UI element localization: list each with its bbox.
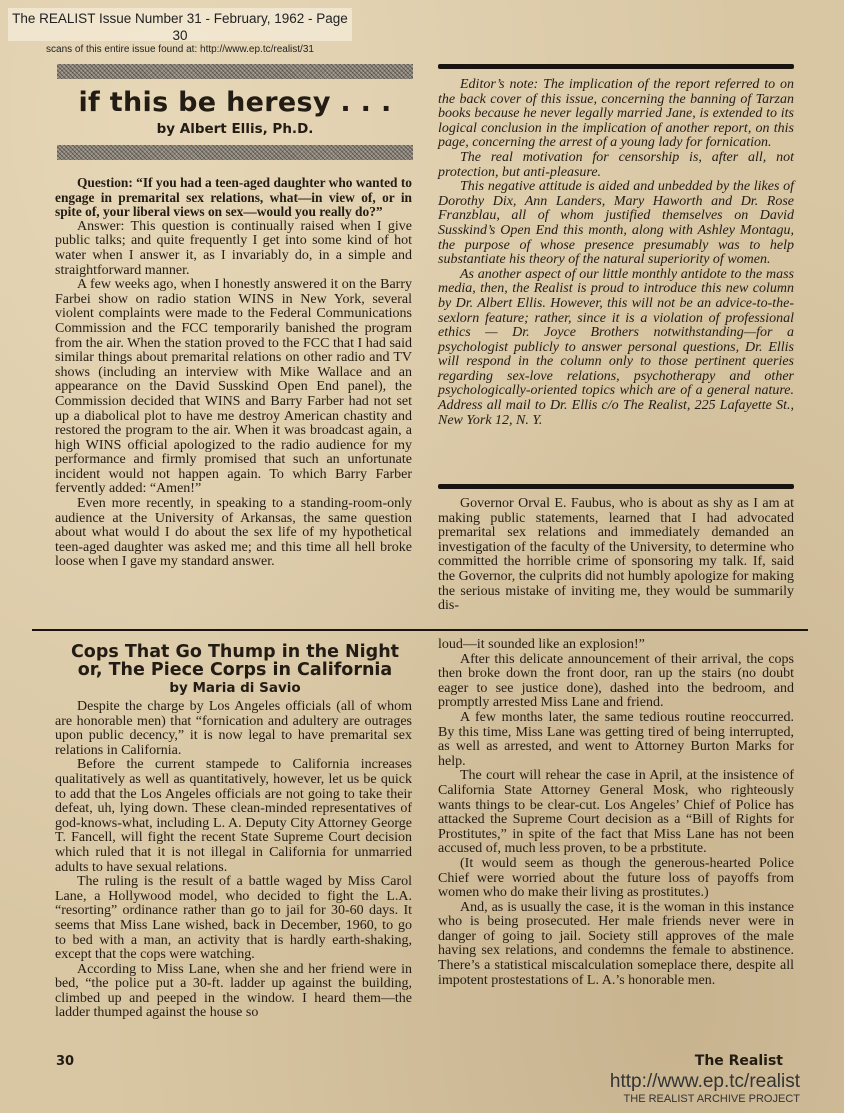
article2-title: Cops That Go Thump in the Night or, The … xyxy=(40,643,430,679)
article2-paragraph: The court will rehear the case in April,… xyxy=(438,769,794,857)
article2-byline: by Maria di Savio xyxy=(40,680,430,696)
article1-body: Question: “If you had a teen-aged daught… xyxy=(55,176,412,570)
article2-paragraph: (It would seem as though the generous-he… xyxy=(438,857,794,901)
issue-title: The REALIST Issue Number 31 - February, … xyxy=(8,8,352,44)
editors-note: Editor’s note: The implication of the re… xyxy=(438,78,794,428)
article2-title-line2: or, The Piece Corps in California xyxy=(40,661,430,679)
section-divider xyxy=(32,629,808,631)
article1-continuation: Governor Orval E. Faubus, who is about a… xyxy=(438,497,794,614)
editors-note-paragraph: As another aspect of our little monthly … xyxy=(438,268,794,429)
article2-paragraph: And, as is usually the case, it is the w… xyxy=(438,901,794,989)
article2-paragraph: Before the current stampede to Californi… xyxy=(55,758,412,875)
article2-title-line1: Cops That Go Thump in the Night xyxy=(40,643,430,661)
editors-note-paragraph: This negative attitude is aided and unbe… xyxy=(438,180,794,268)
article2-paragraph: A few months later, the same tedious rou… xyxy=(438,711,794,769)
article2-paragraph: The ruling is the result of a battle wag… xyxy=(55,875,412,963)
archive-link[interactable]: http://www.ep.tc/realist xyxy=(610,1071,800,1093)
article1-paragraph: Answer: This question is continually rai… xyxy=(55,220,412,278)
editors-note-paragraph: Editor’s note: The implication of the re… xyxy=(438,78,794,151)
article1-paragraph: Governor Orval E. Faubus, who is about a… xyxy=(438,497,794,614)
article1-paragraph: A few weeks ago, when I honestly answere… xyxy=(55,278,412,497)
article1-title: if this be heresy . . . xyxy=(40,87,430,118)
editors-note-paragraph: The real motivation for censorship is, a… xyxy=(438,151,794,180)
scan-banner: The REALIST Issue Number 31 - February, … xyxy=(8,8,352,41)
article2-paragraph: After this delicate announcement of thei… xyxy=(438,653,794,711)
article2-paragraph: Despite the charge by Los Angeles offici… xyxy=(55,700,412,758)
article1-byline: by Albert Ellis, Ph.D. xyxy=(40,121,430,137)
issue-source-link[interactable]: scans of this entire issue found at: htt… xyxy=(8,44,352,56)
page-number: 30 xyxy=(56,1054,74,1069)
halftone-bar-bottom xyxy=(57,145,413,160)
article1-question: Question: “If you had a teen-aged daught… xyxy=(55,176,412,220)
article2-paragraph: According to Miss Lane, when she and her… xyxy=(55,963,412,1021)
article1-paragraph: Even more recently, in speaking to a sta… xyxy=(55,497,412,570)
masthead: The Realist xyxy=(695,1053,783,1069)
archive-project-name: THE REALIST ARCHIVE PROJECT xyxy=(624,1093,800,1105)
halftone-bar-top xyxy=(57,64,413,79)
article2-right-column: loud—it sounded like an explosion!” Afte… xyxy=(438,638,794,988)
article2-left-column: Despite the charge by Los Angeles offici… xyxy=(55,700,412,1021)
rule-middle xyxy=(438,484,794,489)
rule-top xyxy=(438,64,794,69)
article2-paragraph: loud—it sounded like an explosion!” xyxy=(438,638,794,653)
